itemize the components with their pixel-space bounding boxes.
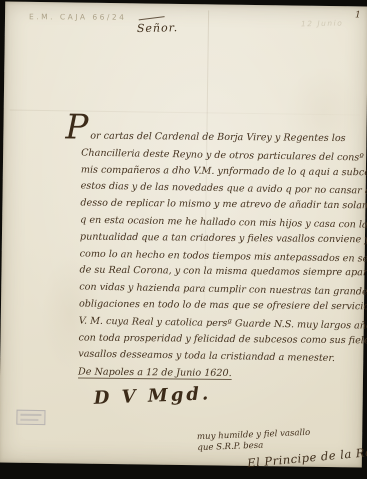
letter-paper: E.M. CAJA 66/24 12 Junio 1 Señor. Por ca… xyxy=(0,1,367,467)
body-line: puntualidad que a tan criadores y fieles… xyxy=(80,229,367,249)
pencil-date-annotation: 12 Junio xyxy=(301,18,344,28)
salutation: Señor. xyxy=(137,21,179,35)
folio-number: 1 xyxy=(355,10,361,20)
body-line: Por cartas del Cardenal de Borja Virey y… xyxy=(81,123,367,149)
shelfmark-annotation: E.M. CAJA 66/24 xyxy=(29,12,126,22)
body-line: obligaciones en todo lo de mas que se of… xyxy=(79,297,367,317)
scan-background: E.M. CAJA 66/24 12 Junio 1 Señor. Por ca… xyxy=(0,0,367,479)
date-line: De Napoles a 12 de Junio 1620. xyxy=(78,365,367,385)
letter-body: Por cartas del Cardenal de Borja Virey y… xyxy=(78,123,367,386)
closing-formula: muy humilde y fiel vasallo que S.R.P. be… xyxy=(197,428,311,453)
archive-stamp xyxy=(16,410,45,425)
royal-abbreviation: D V Mgd. xyxy=(93,383,211,408)
